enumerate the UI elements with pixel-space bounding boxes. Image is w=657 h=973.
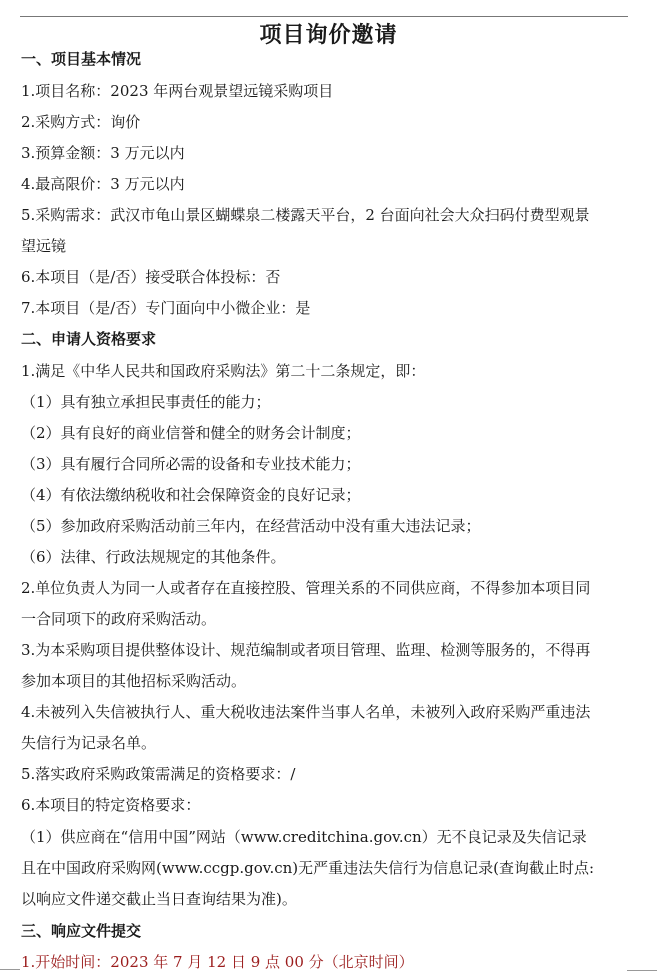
qualification-line: 2.单位负责人为同一人或者存在直接控股、管理关系的不同供应商，不得参加本项目同 xyxy=(21,578,590,598)
budget-line: 3.预算金额：3 万元以内 xyxy=(21,143,185,163)
requirement-line: 5.采购需求：武汉市龟山景区蝴蝶泉二楼露天平台，2 台面向社会大众扫码付费型观景 xyxy=(21,205,590,225)
qualification-line: （6）法律、行政法规规定的其他条件。 xyxy=(21,547,286,567)
consortium-line: 6.本项目（是/否）接受联合体投标：否 xyxy=(21,267,280,287)
sme-line: 7.本项目（是/否）专门面向中小微企业：是 xyxy=(21,298,310,318)
qualification-line: （5）参加政府采购活动前三年内，在经营活动中没有重大违法记录； xyxy=(21,516,481,536)
top-divider xyxy=(20,16,628,17)
qualification-line: 且在中国政府采购网(www.ccgp.gov.cn)无严重违法失信行为信息记录(… xyxy=(21,858,594,878)
procurement-method-line: 2.采购方式：询价 xyxy=(21,112,140,132)
qualification-line: 以响应文件递交截止当日查询结果为准)。 xyxy=(21,889,297,909)
max-price-line: 4.最高限价：3 万元以内 xyxy=(21,174,185,194)
qualification-line: 一合同项下的政府采购活动。 xyxy=(21,609,216,629)
document-title: 项目询价邀请 xyxy=(0,18,657,49)
project-name-line: 1.项目名称：2023 年两台观景望远镜采购项目 xyxy=(21,81,333,101)
qualification-line: （3）具有履行合同所必需的设备和专业技术能力； xyxy=(21,454,361,474)
qualification-line: 3.为本采购项目提供整体设计、规范编制或者项目管理、监理、检测等服务的，不得再 xyxy=(21,640,590,660)
section-heading-qualifications: 二、申请人资格要求 xyxy=(21,329,156,349)
qualification-line: 失信行为记录名单。 xyxy=(21,733,156,753)
qualification-line: 4.未被列入失信被执行人、重大税收违法案件当事人名单，未被列入政府采购严重违法 xyxy=(21,702,590,722)
qualification-line: （2）具有良好的商业信誉和健全的财务会计制度； xyxy=(21,423,361,443)
requirement-line-cont: 望远镜 xyxy=(21,236,66,256)
bottom-divider-right xyxy=(627,970,657,971)
qualification-line: （4）有依法缴纳税收和社会保障资金的良好记录； xyxy=(21,485,361,505)
qualification-line: 参加本项目的其他招标采购活动。 xyxy=(21,671,246,691)
qualification-line: 1.满足《中华人民共和国政府采购法》第二十二条规定，即： xyxy=(21,361,425,381)
section-heading-basic-info: 一、项目基本情况 xyxy=(21,49,141,69)
bottom-divider-left xyxy=(0,969,20,970)
start-time-line: 1.开始时间：2023 年 7 月 12 日 9 点 00 分（北京时间） xyxy=(21,952,414,972)
qualification-line: （1）具有独立承担民事责任的能力； xyxy=(21,392,271,412)
section-heading-submission: 三、响应文件提交 xyxy=(21,921,141,941)
qualification-line: 6.本项目的特定资格要求： xyxy=(21,795,200,815)
qualification-line: （1）供应商在“信用中国”网站（www.creditchina.gov.cn）无… xyxy=(21,827,587,847)
qualification-line: 5.落实政府采购政策需满足的资格要求：/ xyxy=(21,764,295,784)
